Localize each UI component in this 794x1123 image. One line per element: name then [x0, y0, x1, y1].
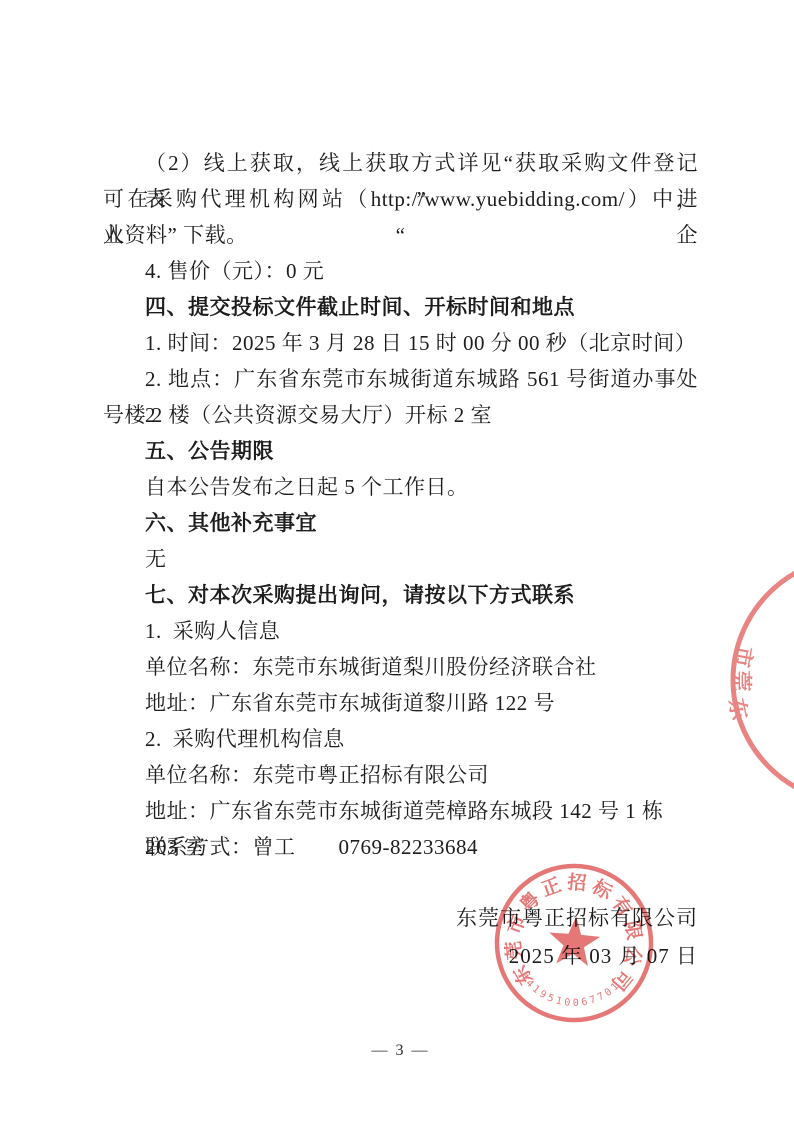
partial-seal-stamp: 市 莞 东: [710, 555, 794, 805]
text-line: 单位名称：东莞市粤正招标有限公司: [103, 757, 698, 793]
page-number: — 3 —: [103, 1042, 698, 1060]
partial-seal-char: 莞: [729, 671, 753, 692]
text-line: 自本公告发布之日起 5 个工作日。: [103, 469, 698, 505]
seal-star-icon: [547, 914, 602, 967]
text-line: 1. 时间：2025 年 3 月 28 日 15 时 00 分 00 秒（北京时…: [103, 325, 698, 361]
text-line: （2）线上获取，线上获取方式详见“获取采购文件登记表”，: [103, 145, 698, 181]
text-line: 可在采购代理机构网站（http://www.yuebidding.com/）中进…: [103, 181, 698, 217]
section-heading: 四、提交投标文件截止时间、开标时间和地点: [103, 289, 698, 325]
text-line: 无: [103, 541, 698, 577]
text-line: 地址：广东省东莞市东城街道黎川路 122 号: [103, 685, 698, 721]
text-line: 2. 采购代理机构信息: [103, 721, 698, 757]
company-seal-stamp: 东莞市粤正招标有限公司 4419510067701: [479, 848, 670, 1039]
text-line: 2. 地点：广东省东莞市东城街道东城路 561 号街道办事处 2: [103, 361, 698, 397]
text-line: 单位名称：东莞市东城街道梨川股份经济联合社: [103, 649, 698, 685]
text-line: 地址：广东省东莞市东城街道莞樟路东城段 142 号 1 栋 203 室: [103, 793, 698, 829]
document-page: （2）线上获取，线上获取方式详见“获取采购文件登记表”， 可在采购代理机构网站（…: [0, 0, 794, 1123]
announcement-body: （2）线上获取，线上获取方式详见“获取采购文件登记表”， 可在采购代理机构网站（…: [103, 145, 698, 865]
section-heading: 七、对本次采购提出询问，请按以下方式联系: [103, 577, 698, 613]
section-heading: 六、其他补充事宜: [103, 505, 698, 541]
text-line: 号楼 2 楼（公共资源交易大厅）开标 2 室: [103, 397, 698, 433]
partial-seal-char: 东: [724, 696, 752, 722]
text-line: 1. 采购人信息: [103, 613, 698, 649]
partial-seal-char: 市: [729, 644, 756, 669]
section-heading: 五、公告期限: [103, 433, 698, 469]
text-line: 4. 售价（元）：0 元: [103, 253, 698, 289]
